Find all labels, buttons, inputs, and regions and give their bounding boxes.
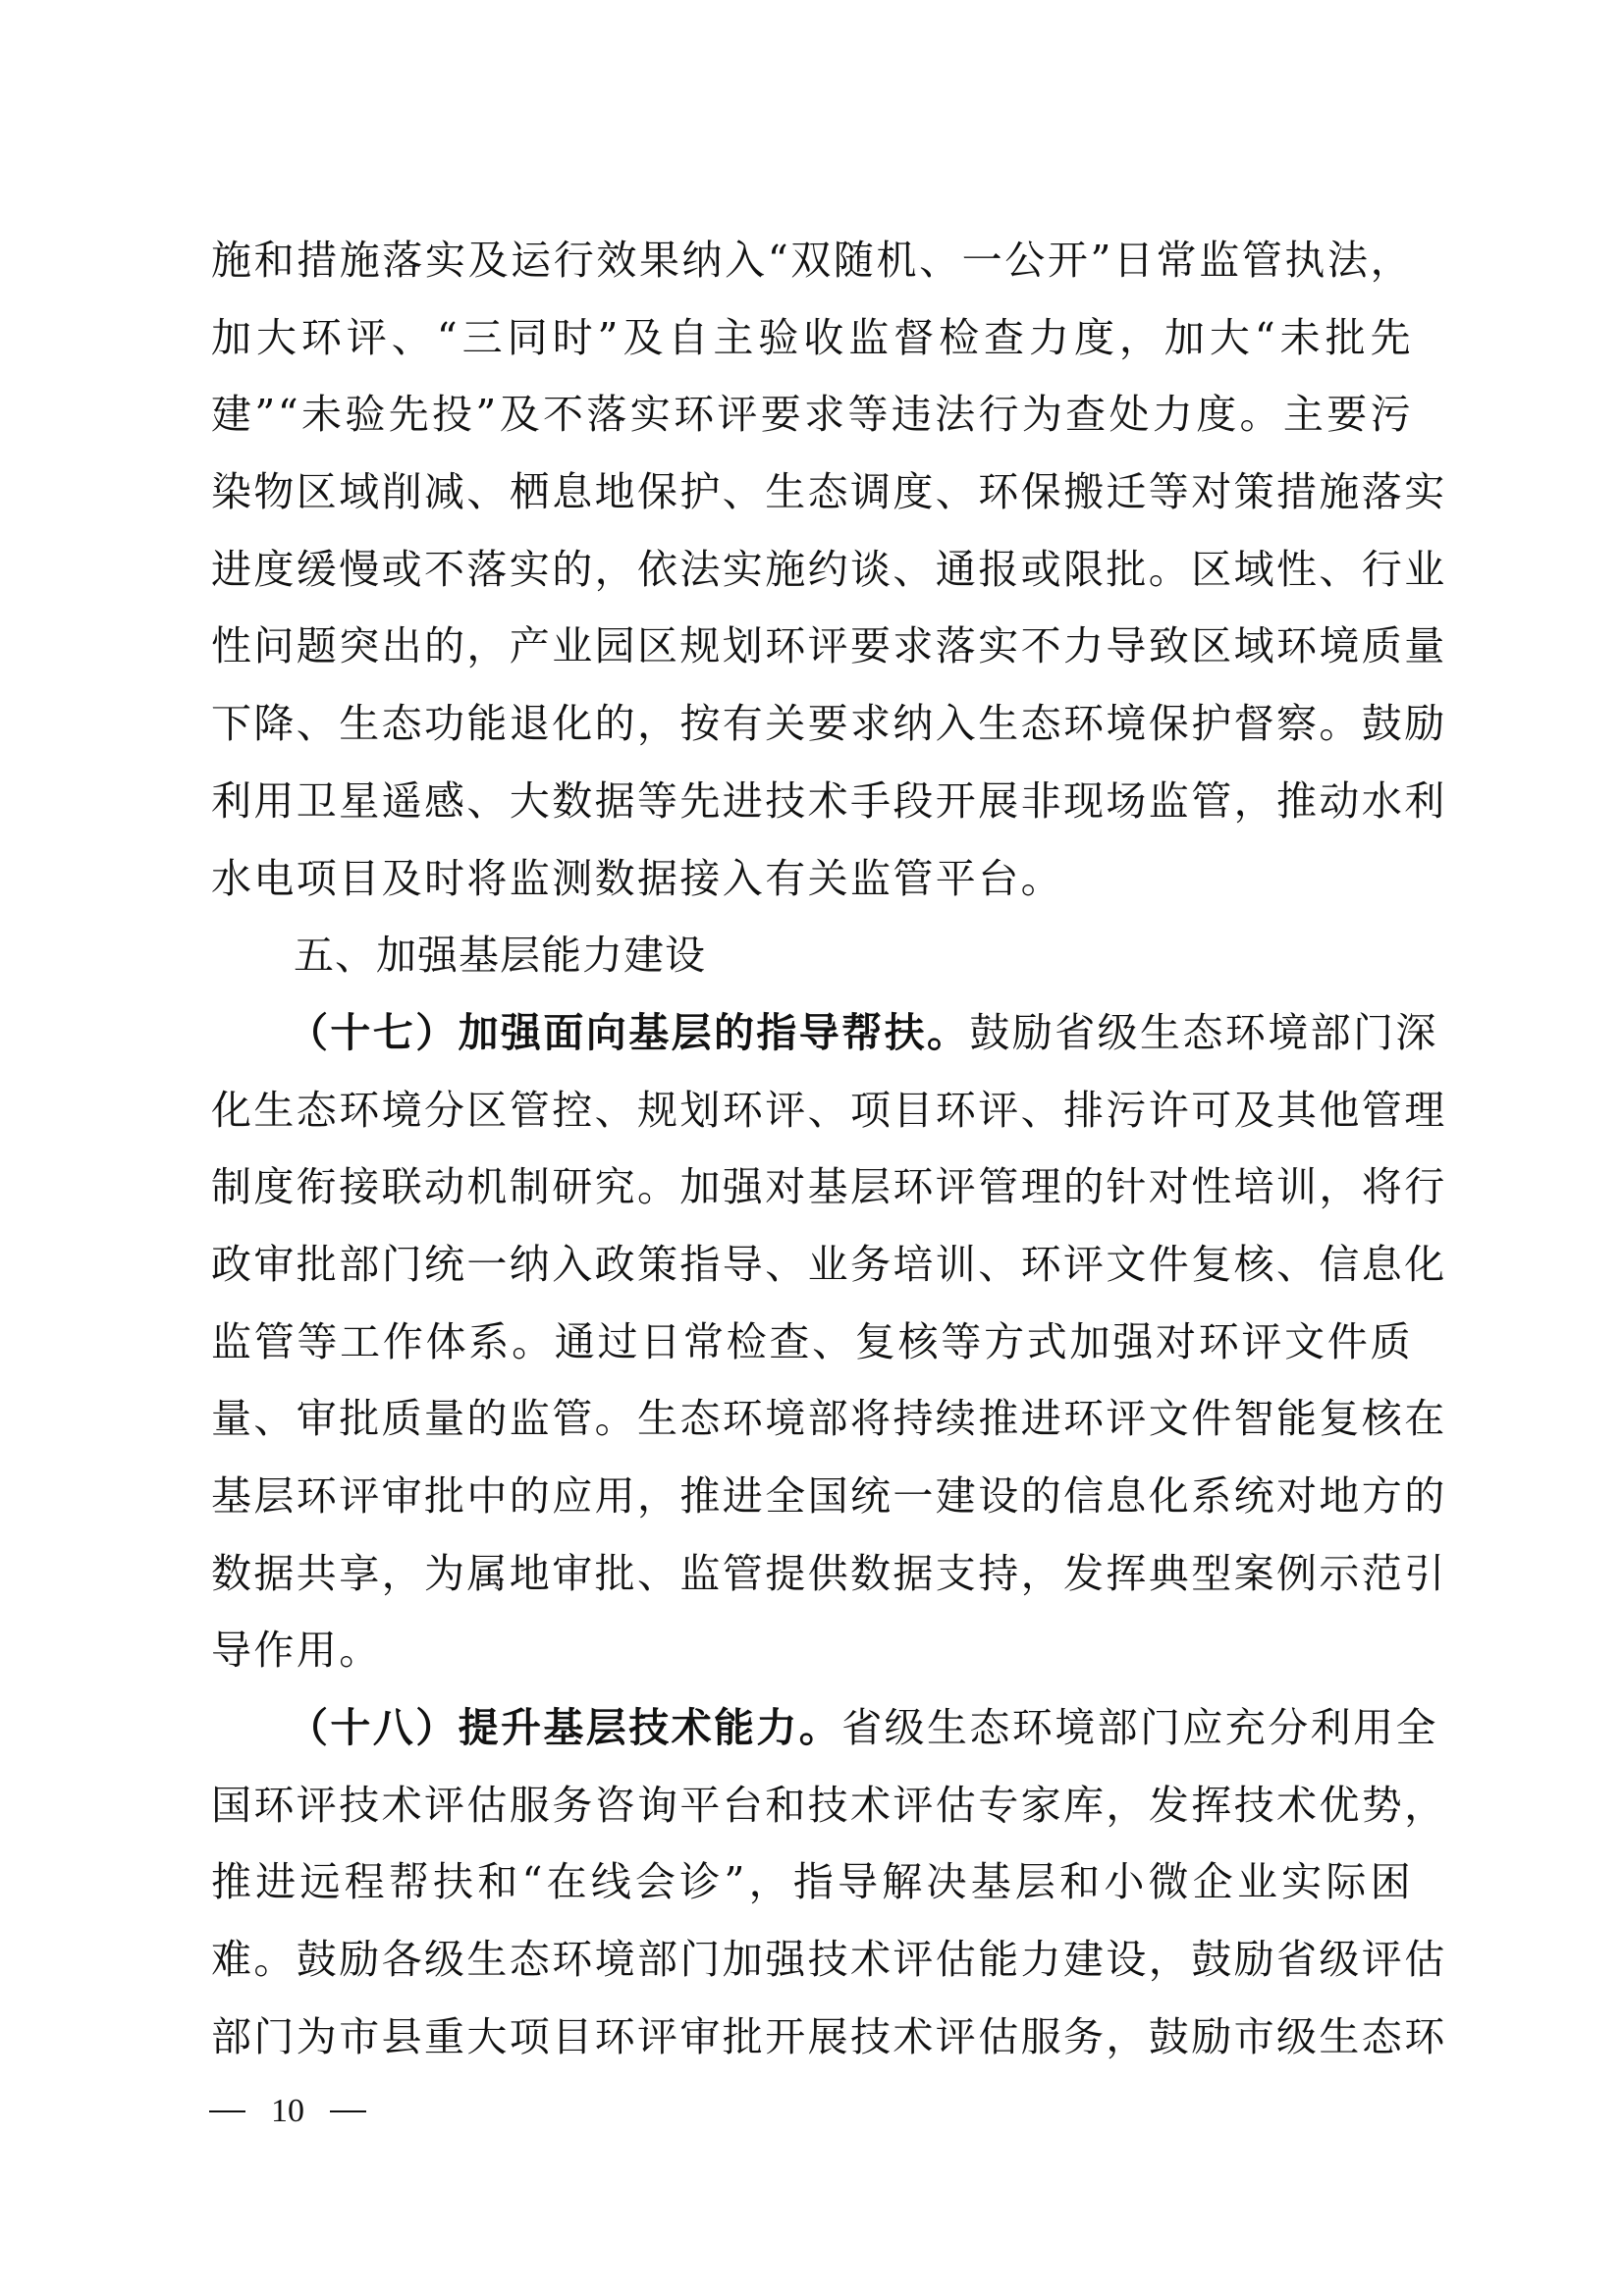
item-17-first-line: （十七）加强面向基层的指导帮扶。鼓励省级生态环境部门深 [211, 994, 1413, 1072]
item-18-first-line: （十八）提升基层技术能力。省级生态环境部门应充分利用全 [211, 1689, 1413, 1767]
paragraph-line: 水电项目及时将监测数据接入有关监管平台。 [211, 840, 1413, 918]
paragraph-line: 推进远程帮扶和“在线会诊”，指导解决基层和小微企业实际困 [211, 1843, 1413, 1921]
paragraph-line: 导作用。 [211, 1612, 1413, 1689]
document-page: 施和措施落实及运行效果纳入“双随机、一公开”日常监管执法， 加大环评、“三同时”… [0, 0, 1623, 2296]
paragraph-line: 制度衔接联动机制研究。加强对基层环评管理的针对性培训，将行 [211, 1148, 1413, 1226]
item-18-title: （十八）提升基层技术能力。 [288, 1704, 841, 1751]
paragraph-line: 基层环评审批中的应用，推进全国统一建设的信息化系统对地方的 [211, 1458, 1413, 1535]
paragraph-line: 染物区域削减、栖息地保护、生态调度、环保搬迁等对策措施落实 [211, 454, 1413, 531]
paragraph-line: 下降、生态功能退化的，按有关要求纳入生态环境保护督察。鼓励 [211, 685, 1413, 763]
paragraph-line: 政审批部门统一纳入政策指导、业务培训、环评文件复核、信息化 [211, 1226, 1413, 1304]
paragraph-line: 监管等工作体系。通过日常检查、复核等方式加强对环评文件质 [211, 1304, 1413, 1381]
page-footer: 10 [209, 2093, 366, 2130]
paragraph-line: 量、审批质量的监管。生态环境部将持续推进环评文件智能复核在 [211, 1380, 1413, 1458]
paragraph-line: 数据共享，为属地审批、监管提供数据支持，发挥典型案例示范引 [211, 1535, 1413, 1613]
section-heading: 五、加强基层能力建设 [211, 917, 1413, 994]
paragraph-line: 国环评技术评估服务咨询平台和技术评估专家库，发挥技术优势， [211, 1767, 1413, 1844]
item-18-text: 省级生态环境部门应充分利用全 [841, 1704, 1438, 1751]
item-17-text: 鼓励省级生态环境部门深 [969, 1009, 1437, 1056]
footer-dash-right [330, 2110, 366, 2112]
body-text: 施和措施落实及运行效果纳入“双随机、一公开”日常监管执法， 加大环评、“三同时”… [211, 222, 1413, 2076]
paragraph-line: 难。鼓励各级生态环境部门加强技术评估能力建设，鼓励省级评估 [211, 1921, 1413, 1999]
paragraph-line: 利用卫星遥感、大数据等先进技术手段开展非现场监管，推动水利 [211, 763, 1413, 840]
paragraph-line: 施和措施落实及运行效果纳入“双随机、一公开”日常监管执法， [211, 222, 1413, 299]
page-number: 10 [271, 2093, 304, 2130]
paragraph-line: 建”“未验先投”及不落实环评要求等违法行为查处力度。主要污 [211, 376, 1413, 454]
paragraph-line: 加大环评、“三同时”及自主验收监督检查力度，加大“未批先 [211, 299, 1413, 377]
paragraph-line: 进度缓慢或不落实的，依法实施约谈、通报或限批。区域性、行业 [211, 531, 1413, 609]
footer-dash-left [209, 2110, 245, 2112]
item-17-title: （十七）加强面向基层的指导帮扶。 [288, 1009, 969, 1056]
paragraph-line: 化生态环境分区管控、规划环评、项目环评、排污许可及其他管理 [211, 1072, 1413, 1149]
paragraph-line: 部门为市县重大项目环评审批开展技术评估服务，鼓励市级生态环 [211, 1999, 1413, 2076]
paragraph-line: 性问题突出的，产业园区规划环评要求落实不力导致区域环境质量 [211, 608, 1413, 685]
